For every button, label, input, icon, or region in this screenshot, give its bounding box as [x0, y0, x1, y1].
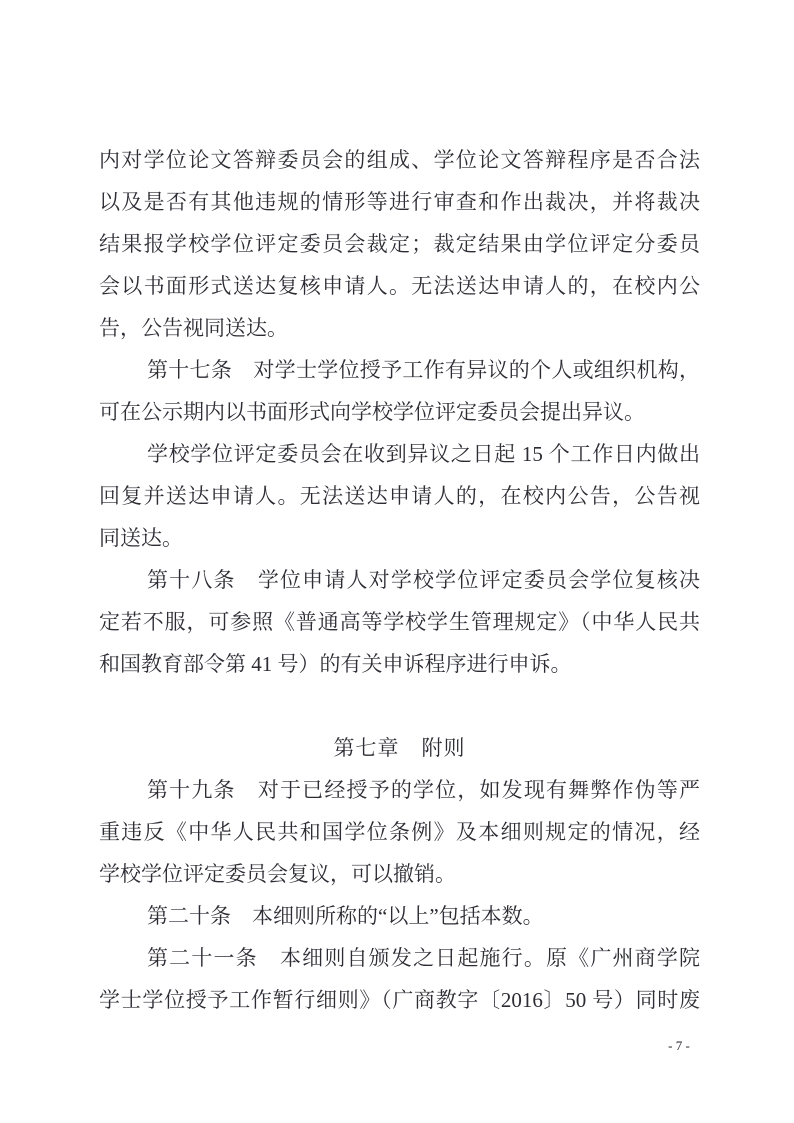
text-line: 学士学位授予工作暂行细则》（广商教字〔2016〕50 号）同时废 [99, 979, 700, 1021]
paragraph-article-19: 第十九条 对于已经授予的学位，如发现有舞弊作伪等严 重违反《中华人民共和国学位条… [99, 769, 700, 895]
paragraph-committee-reply: 学校学位评定委员会在收到异议之日起 15 个工作日内做出 回复并送达申请人。无法… [99, 433, 700, 559]
text-line: 会以书面形式送达复核申请人。无法送达申请人的，在校内公 [99, 265, 700, 307]
paragraph-article-20: 第二十条 本细则所称的“以上”包括本数。 [99, 895, 700, 937]
text-line: 第十七条 对学士学位授予工作有异议的个人或组织机构， [99, 349, 700, 391]
text-line: 重违反《中华人民共和国学位条例》及本细则规定的情况，经 [99, 811, 700, 853]
chapter-heading-text: 第七章 附则 [99, 727, 700, 769]
chapter-heading: 第七章 附则 [99, 727, 700, 769]
document-content: 内对学位论文答辩委员会的组成、学位论文答辩程序是否合法 以及是否有其他违规的情形… [99, 139, 700, 1021]
page-number: - 7 - [649, 1038, 709, 1054]
text-line: 学校学位评定委员会在收到异议之日起 15 个工作日内做出 [99, 433, 700, 475]
paragraph-article-18: 第十八条 学位申请人对学校学位评定委员会学位复核决 定若不服，可参照《普通高等学… [99, 559, 700, 685]
paragraph-continuation: 内对学位论文答辩委员会的组成、学位论文答辩程序是否合法 以及是否有其他违规的情形… [99, 139, 700, 349]
document-page: 内对学位论文答辩委员会的组成、学位论文答辩程序是否合法 以及是否有其他违规的情形… [0, 0, 794, 1123]
text-line: 告，公告视同送达。 [99, 307, 700, 349]
text-line: 同送达。 [99, 517, 700, 559]
text-line: 结果报学校学位评定委员会裁定；裁定结果由学位评定分委员 [99, 223, 700, 265]
text-line: 回复并送达申请人。无法送达申请人的，在校内公告，公告视 [99, 475, 700, 517]
paragraph-article-21: 第二十一条 本细则自颁发之日起施行。原《广州商学院 学士学位授予工作暂行细则》（… [99, 937, 700, 1021]
text-line: 以及是否有其他违规的情形等进行审查和作出裁决，并将裁决 [99, 181, 700, 223]
text-line: 内对学位论文答辩委员会的组成、学位论文答辩程序是否合法 [99, 139, 700, 181]
text-line: 第二十条 本细则所称的“以上”包括本数。 [99, 895, 700, 937]
text-line: 第十八条 学位申请人对学校学位评定委员会学位复核决 [99, 559, 700, 601]
text-line: 和国教育部令第 41 号）的有关申诉程序进行申诉。 [99, 643, 700, 685]
text-line: 第十九条 对于已经授予的学位，如发现有舞弊作伪等严 [99, 769, 700, 811]
text-line: 可在公示期内以书面形式向学校学位评定委员会提出异议。 [99, 391, 700, 433]
text-line: 学校学位评定委员会复议，可以撤销。 [99, 853, 700, 895]
text-line: 定若不服，可参照《普通高等学校学生管理规定》（中华人民共 [99, 601, 700, 643]
text-line: 第二十一条 本细则自颁发之日起施行。原《广州商学院 [99, 937, 700, 979]
paragraph-article-17: 第十七条 对学士学位授予工作有异议的个人或组织机构， 可在公示期内以书面形式向学… [99, 349, 700, 433]
